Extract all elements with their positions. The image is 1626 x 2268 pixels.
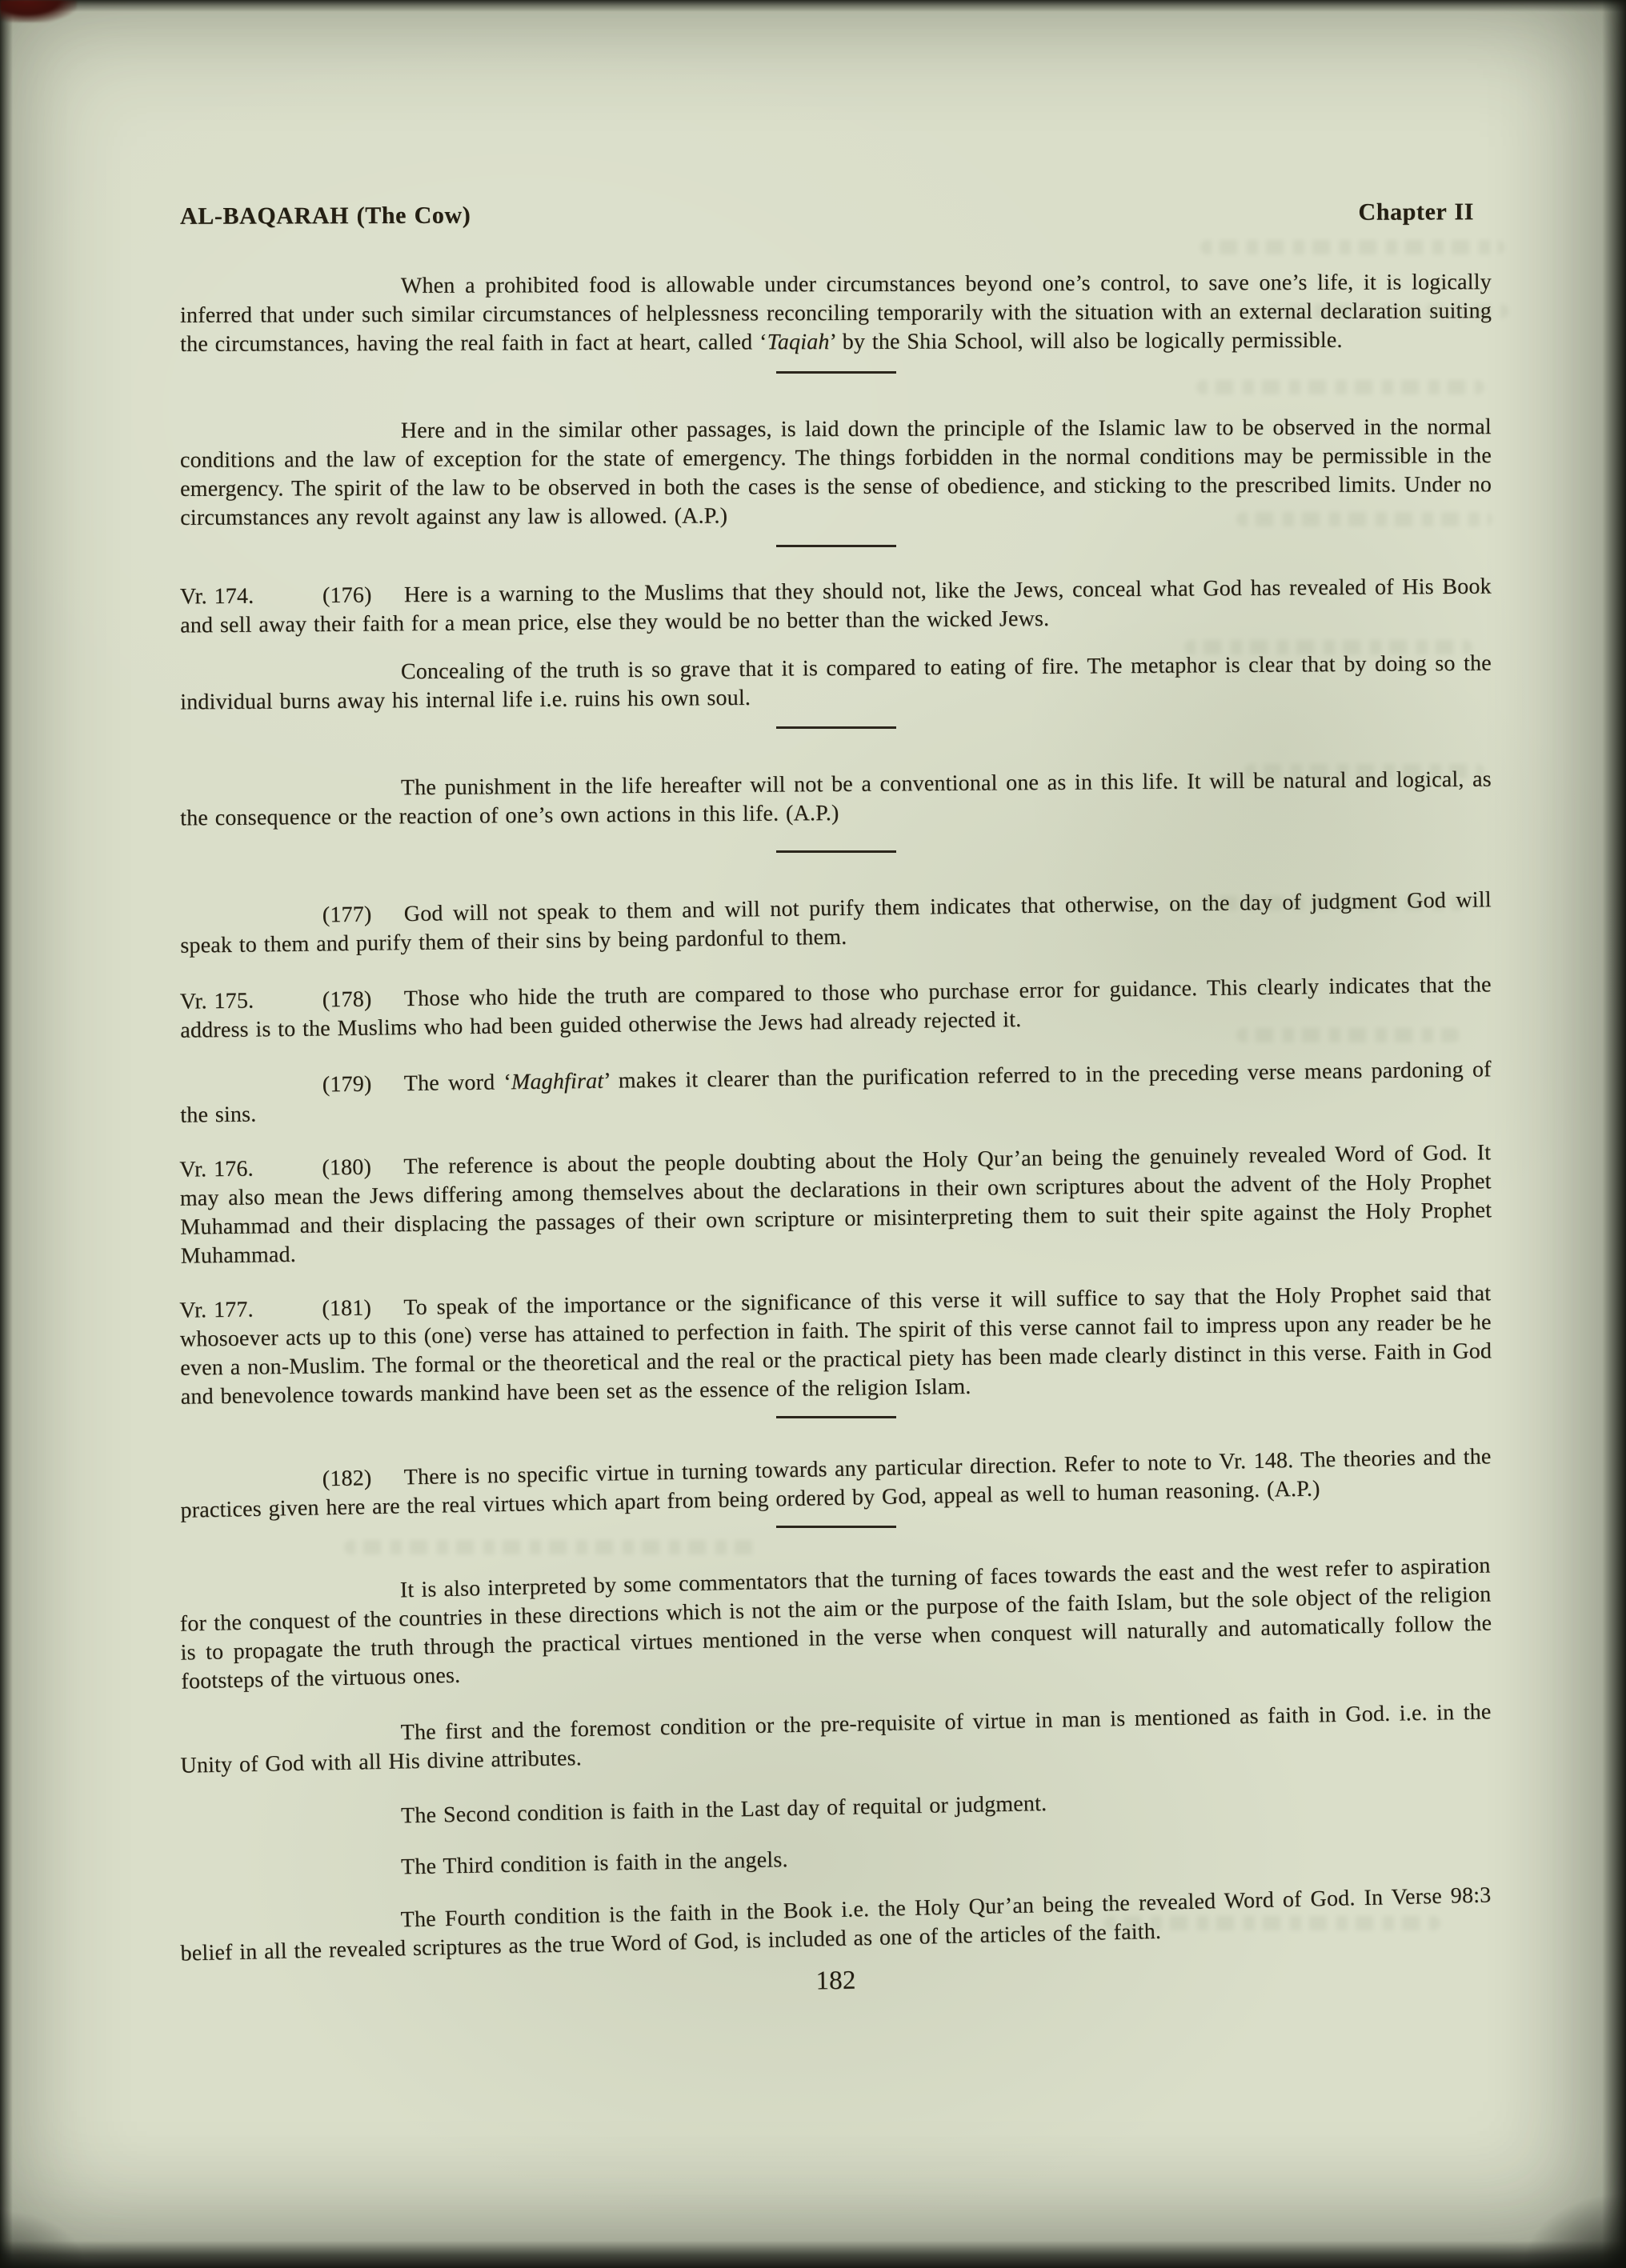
paragraph-text: ’ by the Shia School, will also be logic… (830, 328, 1343, 354)
paragraph-first-condition: The first and the foremost condition or … (179, 1698, 1492, 1780)
note-number: (177) (322, 900, 404, 930)
paragraph-note-179: (179)The word ‘Maghfirat’ makes it clear… (180, 1055, 1492, 1130)
paragraph-vr-176: Vr. 176.(180)The reference is about the … (179, 1138, 1492, 1270)
section-divider (776, 1416, 896, 1418)
page-number: 182 (180, 1958, 1492, 2003)
paragraph-text: The word ‘ (404, 1070, 512, 1096)
section-divider (776, 850, 896, 853)
scan-corner-blotch (0, 0, 77, 22)
italic-term: Maghfirat (511, 1069, 604, 1095)
verse-label: Vr. 174. (180, 582, 322, 611)
scanned-book-page: { "page": { "header_left": "AL-BAQARAH (… (0, 0, 1626, 2268)
page-content: AL-BAQARAH (The Cow) Chapter II When a p… (0, 0, 1626, 1995)
paragraph-taqiah: When a prohibited food is allowable unde… (180, 268, 1492, 359)
italic-term: Taqiah (767, 330, 830, 354)
note-number: (178) (322, 985, 404, 1014)
header-title: AL-BAQARAH (The Cow) (180, 202, 471, 231)
page-paper: AL-BAQARAH (The Cow) Chapter II When a p… (0, 0, 1626, 2268)
paragraph-vr-175: Vr. 175.(178)Those who hide the truth ar… (180, 970, 1492, 1045)
paragraph-fourth-condition: The Fourth condition is the faith in the… (179, 1881, 1492, 1968)
section-divider (776, 1526, 896, 1528)
paragraph-punishment: The punishment in the life hereafter wil… (180, 766, 1492, 834)
note-number: (176) (322, 581, 404, 610)
paragraph-third-condition: The Third condition is faith in the ange… (180, 1832, 1492, 1886)
section-divider (776, 726, 896, 729)
paragraph-vr-174: Vr. 174.(176)Here is a warning to the Mu… (180, 573, 1492, 641)
paragraph-note-182: (182)There is no specific virtue in turn… (179, 1442, 1492, 1525)
header-chapter: Chapter II (1358, 198, 1474, 227)
note-number: (180) (322, 1153, 403, 1182)
note-number: (179) (322, 1070, 404, 1099)
running-header: AL-BAQARAH (The Cow) Chapter II (180, 198, 1492, 231)
paragraph-note-177: (177)God will not speak to them and will… (180, 886, 1492, 960)
verse-label: Vr. 175. (180, 986, 322, 1016)
section-divider (776, 371, 896, 374)
verse-label: Vr. 176. (179, 1154, 322, 1184)
note-number: (182) (322, 1463, 404, 1494)
verse-label: Vr. 177. (179, 1294, 322, 1325)
section-divider (776, 545, 896, 547)
paragraph-vr-177: Vr. 177.(181)To speak of the importance … (179, 1279, 1492, 1411)
paragraph-concealing: Concealing of the truth is so grave that… (180, 650, 1492, 718)
paragraph-second-condition: The Second condition is faith in the Las… (180, 1781, 1492, 1834)
paragraph-commentators: It is also interpreted by some commentat… (179, 1551, 1493, 1696)
text-block: AL-BAQARAH (The Cow) Chapter II When a p… (180, 200, 1492, 1995)
note-number: (181) (322, 1294, 403, 1323)
paragraph-islamic-law: Here and in the similar other passages, … (180, 413, 1492, 533)
